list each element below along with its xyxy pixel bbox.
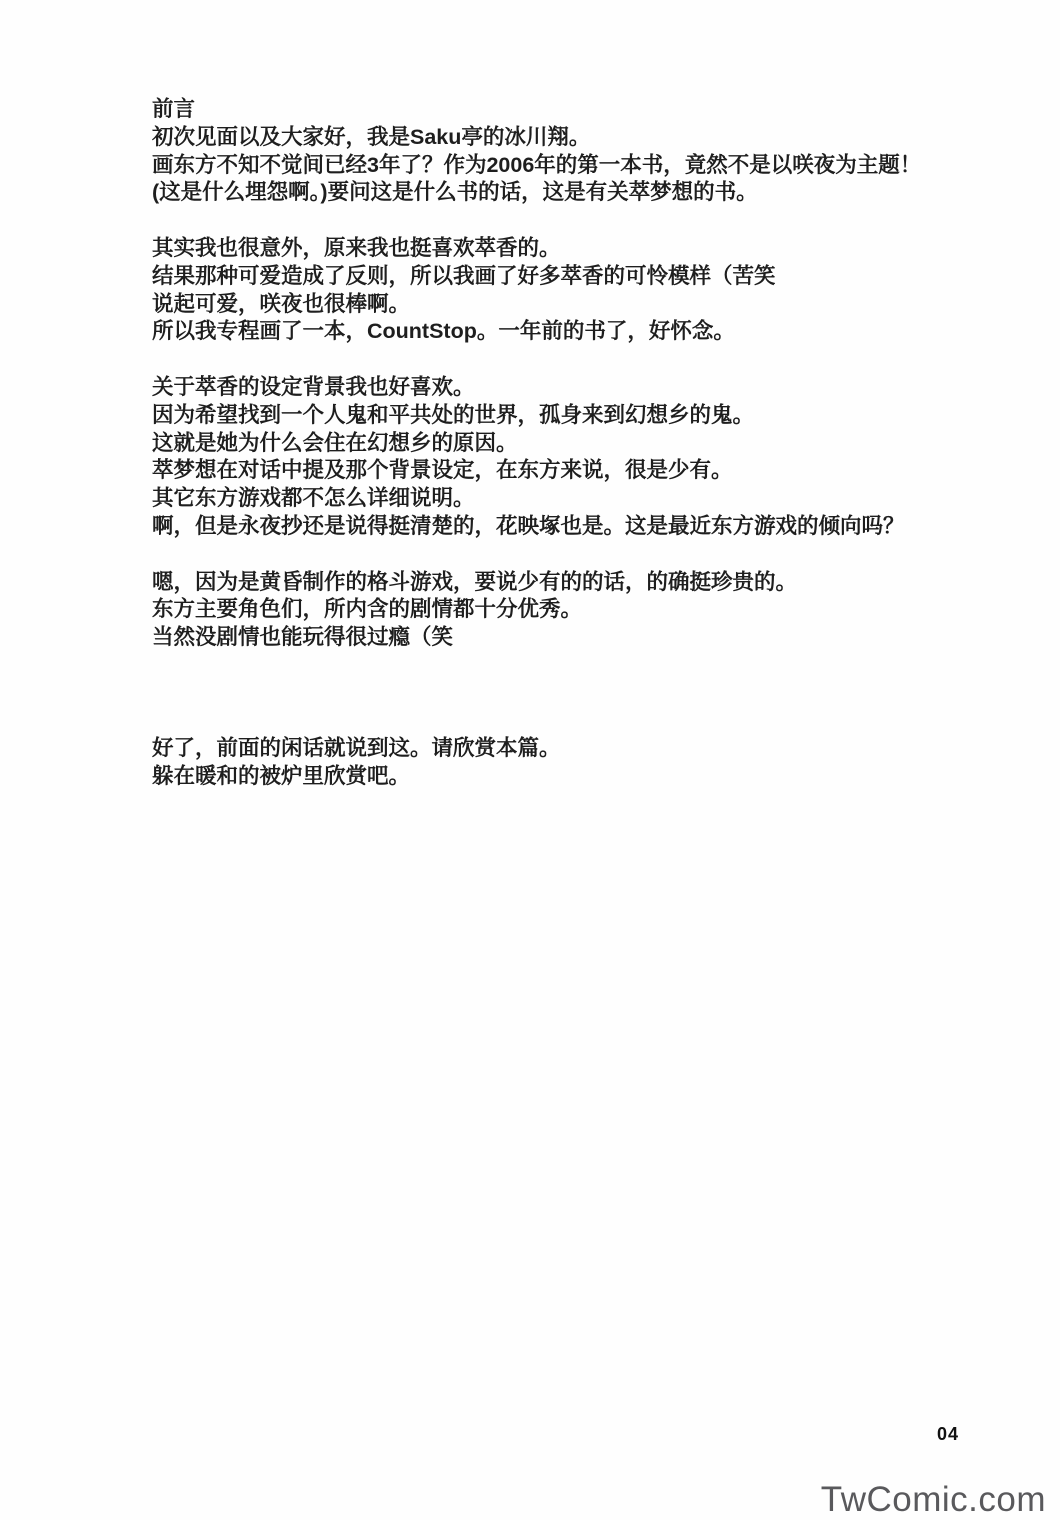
text-line: (这是什么埋怨啊。)要问这是什么书的话，这是有关萃梦想的书。 <box>152 179 972 207</box>
paragraph: 其实我也很意外，原来我也挺喜欢萃香的。结果那种可爱造成了反则，所以我画了好多萃香… <box>152 235 972 346</box>
watermark-text: TwComic.com <box>821 1480 1046 1520</box>
text-line: 关于萃香的设定背景我也好喜欢。 <box>152 374 972 402</box>
paragraph: 嗯，因为是黄昏制作的格斗游戏，要说少有的的话，的确挺珍贵的。东方主要角色们，所内… <box>152 569 972 652</box>
paragraph: 好了，前面的闲话就说到这。请欣赏本篇。躲在暖和的被炉里欣赏吧。 <box>152 735 972 791</box>
text-line: 好了，前面的闲话就说到这。请欣赏本篇。 <box>152 735 972 763</box>
text-line: 东方主要角色们，所内含的剧情都十分优秀。 <box>152 596 972 624</box>
text-line: 其实我也很意外，原来我也挺喜欢萃香的。 <box>152 235 972 263</box>
text-line: 画东方不知不觉间已经3年了？作为2006年的第一本书，竟然不是以咲夜为主题！ <box>152 152 972 180</box>
text-line: 其它东方游戏都不怎么详细说明。 <box>152 485 972 513</box>
page-number: 04 <box>937 1424 959 1445</box>
text-line: 当然没剧情也能玩得很过瘾（笑 <box>152 624 972 652</box>
text-line: 萃梦想在对话中提及那个背景设定，在东方来说，很是少有。 <box>152 457 972 485</box>
text-line: 躲在暖和的被炉里欣赏吧。 <box>152 763 972 791</box>
text-line: 所以我专程画了一本，CountStop。一年前的书了，好怀念。 <box>152 318 972 346</box>
text-line: 啊，但是永夜抄还是说得挺清楚的，花映塚也是。这是最近东方游戏的倾向吗？ <box>152 513 972 541</box>
preface-heading: 前言 <box>152 96 972 124</box>
preface-text-block: 前言 初次见面以及大家好，我是Saku亭的冰川翔。画东方不知不觉间已经3年了？作… <box>152 96 972 791</box>
text-line: 因为希望找到一个人鬼和平共处的世界，孤身来到幻想乡的鬼。 <box>152 402 972 430</box>
text-line: 说起可爱，咲夜也很棒啊。 <box>152 291 972 319</box>
paragraph: 初次见面以及大家好，我是Saku亭的冰川翔。画东方不知不觉间已经3年了？作为20… <box>152 124 972 207</box>
text-line: 嗯，因为是黄昏制作的格斗游戏，要说少有的的话，的确挺珍贵的。 <box>152 569 972 597</box>
paragraph: 关于萃香的设定背景我也好喜欢。因为希望找到一个人鬼和平共处的世界，孤身来到幻想乡… <box>152 374 972 541</box>
scanned-page: 前言 初次见面以及大家好，我是Saku亭的冰川翔。画东方不知不觉间已经3年了？作… <box>0 0 1060 1520</box>
preface-paragraphs: 初次见面以及大家好，我是Saku亭的冰川翔。画东方不知不觉间已经3年了？作为20… <box>152 124 972 791</box>
text-line: 初次见面以及大家好，我是Saku亭的冰川翔。 <box>152 124 972 152</box>
text-line: 结果那种可爱造成了反则，所以我画了好多萃香的可怜模样（苦笑 <box>152 263 972 291</box>
text-line: 这就是她为什么会住在幻想乡的原因。 <box>152 430 972 458</box>
